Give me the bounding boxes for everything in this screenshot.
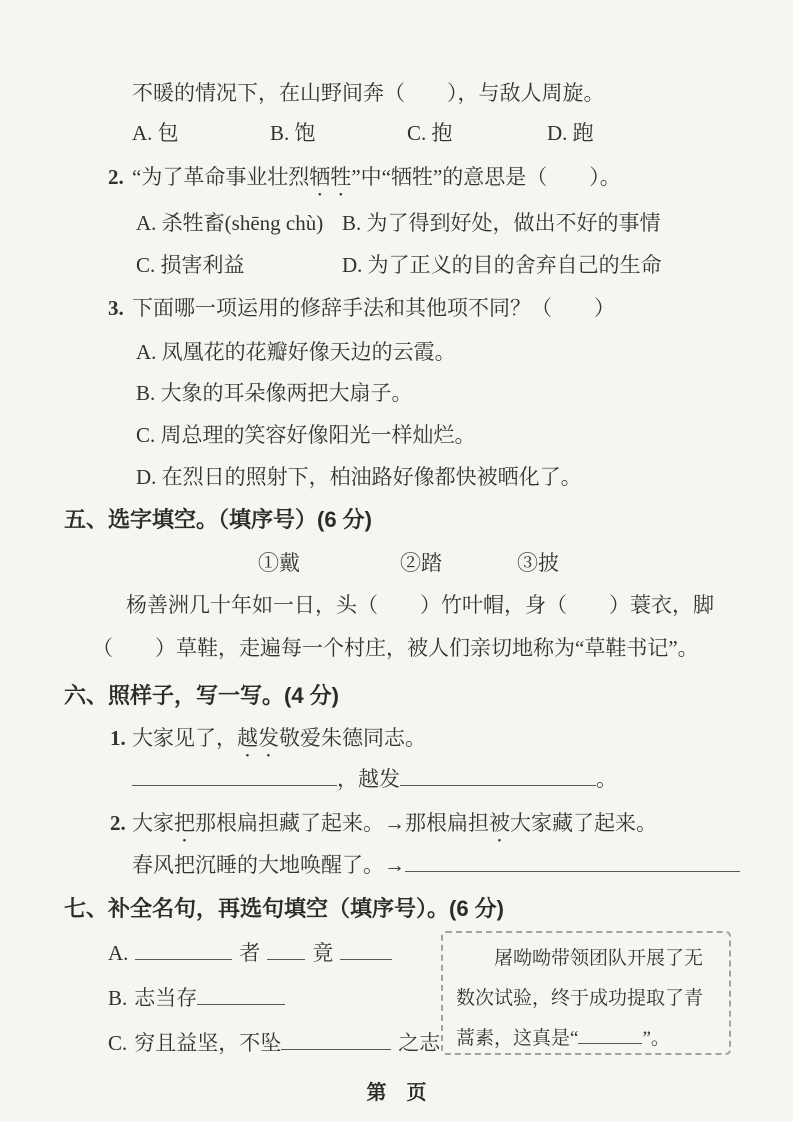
answer-blank-line — [405, 854, 740, 872]
item-2-emphasized-word-ba: 把 — [174, 811, 195, 835]
item-1-text-pre: 大家见了， — [132, 726, 237, 750]
question-3-option-c: C. 周总理的笑容好像阳光一样灿烂。 — [136, 420, 476, 450]
worksheet-page: 不暖的情况下，在山野间奔（ ），与敌人周旋。 A. 包 B. 饱 C. 抱 D.… — [0, 0, 793, 1122]
question-3-text: 下面哪一项运用的修辞手法和其他项不同？（ ） — [132, 293, 615, 323]
question-1-option-c: C. 抱 — [407, 118, 453, 148]
question-2-text-post: ”中“牺牲”的意思是（ ）。 — [351, 165, 620, 189]
section-6-item-2-text: 大家把那根扁担藏了起来。→那根扁担被大家藏了起来。 — [132, 808, 657, 847]
section-5-heading: 五、选字填空。（填序号）(6 分) — [64, 505, 372, 535]
context-box-paragraph: 屠呦呦带领团队开展了无数次试验，终于成功提取了青蒿素，这真是“”。 — [456, 939, 716, 1059]
answer-end-punctuation: 。 — [596, 767, 617, 791]
question-2-option-d: D. 为了正义的目的舍弃自己的生命 — [342, 250, 662, 280]
question-1-continuation-text: 不暖的情况下，在山野间奔（ ），与敌人周旋。 — [132, 78, 605, 108]
word-bank-item-3: ③披 — [517, 548, 559, 578]
section-6-item-1-text: 大家见了，越发敬爱朱德同志。 — [132, 723, 426, 762]
answer-blank-line — [400, 768, 596, 786]
question-1-option-d: D. 跑 — [547, 118, 594, 148]
question-2-text: “为了革命事业壮烈牺牲”中“牺牲”的意思是（ ）。 — [132, 162, 621, 201]
word-bank-item-2: ②踏 — [400, 548, 442, 578]
item-a-label: A. — [108, 941, 128, 965]
question-2-option-b: B. 为了得到好处，做出不好的事情 — [342, 208, 661, 238]
word-bank-item-1: ①戴 — [258, 548, 300, 578]
section-6-item-2-number: 2. — [110, 808, 126, 838]
section-6-item-1-number: 1. — [110, 723, 126, 753]
page-footer: 第 页 — [0, 1076, 793, 1105]
answer-blank-line — [197, 987, 285, 1005]
item-1-emphasized-word: 越发 — [237, 726, 279, 750]
section-6-item-2-line-2: 春风把沉睡的大地唤醒了。→ — [132, 850, 740, 880]
answer-connector-text: ，越发 — [337, 767, 400, 791]
question-3-option-d: D. 在烈日的照射下，柏油路好像都快被晒化了。 — [136, 462, 582, 492]
answer-blank-line — [135, 942, 232, 960]
item-2-text-p3: 那根扁担藏了起来。→那根扁担 — [195, 811, 489, 835]
item-2-text-p5: 大家藏了起来。 — [510, 811, 657, 835]
section-7-heading: 七、补全名句，再选句填空（填序号）。(6 分) — [64, 894, 504, 924]
question-2-number: 2. — [108, 162, 124, 192]
section-7-item-a: A.者竟 — [108, 938, 392, 968]
section-7-item-c: C.穷且益坚，不坠之志 — [108, 1028, 440, 1058]
item-c-text: 穷且益坚，不坠 — [134, 1031, 281, 1055]
item-c-tail-text: 之志 — [398, 1031, 440, 1055]
item-b-text: 志当存 — [134, 986, 197, 1010]
item-2-line-2-text: 春风把沉睡的大地唤醒了。→ — [132, 853, 405, 877]
context-box-text-post: ”。 — [642, 1028, 669, 1049]
item-a-text-2: 竟 — [312, 941, 333, 965]
question-2-text-pre: “为了革命事业壮烈 — [132, 165, 309, 189]
question-3-number: 3. — [108, 293, 124, 323]
answer-blank-line — [578, 1026, 642, 1044]
question-2-option-c: C. 损害利益 — [136, 250, 245, 280]
question-2-option-a: A. 杀牲畜(shēng chù) — [136, 208, 323, 238]
item-2-emphasized-word-bei: 被 — [489, 811, 510, 835]
section-5-passage-line-1: 杨善洲几十年如一日，头（ ）竹叶帽，身（ ）蓑衣，脚 — [126, 590, 714, 620]
item-c-label: C. — [108, 1031, 127, 1055]
section-7-item-b: B.志当存 — [108, 983, 285, 1013]
item-2-text-p1: 大家 — [132, 811, 174, 835]
question-3-option-a: A. 凤凰花的花瓣好像天边的云霞。 — [136, 337, 456, 367]
section-5-passage-line-2: （ ）草鞋，走遍每一个村庄，被人们亲切地称为“草鞋书记”。 — [92, 633, 699, 663]
question-1-option-b: B. 饱 — [270, 118, 316, 148]
question-1-option-a: A. 包 — [132, 118, 179, 148]
answer-blank-line — [267, 942, 305, 960]
section-7-context-box: 屠呦呦带领团队开展了无数次试验，终于成功提取了青蒿素，这真是“”。 — [441, 931, 731, 1055]
answer-blank-line — [340, 942, 392, 960]
section-6-item-1-answer-line: ，越发。 — [132, 764, 617, 794]
question-3-option-b: B. 大象的耳朵像两把大扇子。 — [136, 378, 413, 408]
answer-blank-line — [281, 1032, 391, 1050]
item-a-text-1: 者 — [239, 941, 260, 965]
answer-blank-line — [132, 768, 337, 786]
question-2-emphasized-word: 牺牲 — [309, 165, 351, 189]
item-1-text-post: 敬爱朱德同志。 — [279, 726, 426, 750]
item-b-label: B. — [108, 986, 127, 1010]
section-6-heading: 六、照样子，写一写。(4 分) — [64, 681, 339, 711]
